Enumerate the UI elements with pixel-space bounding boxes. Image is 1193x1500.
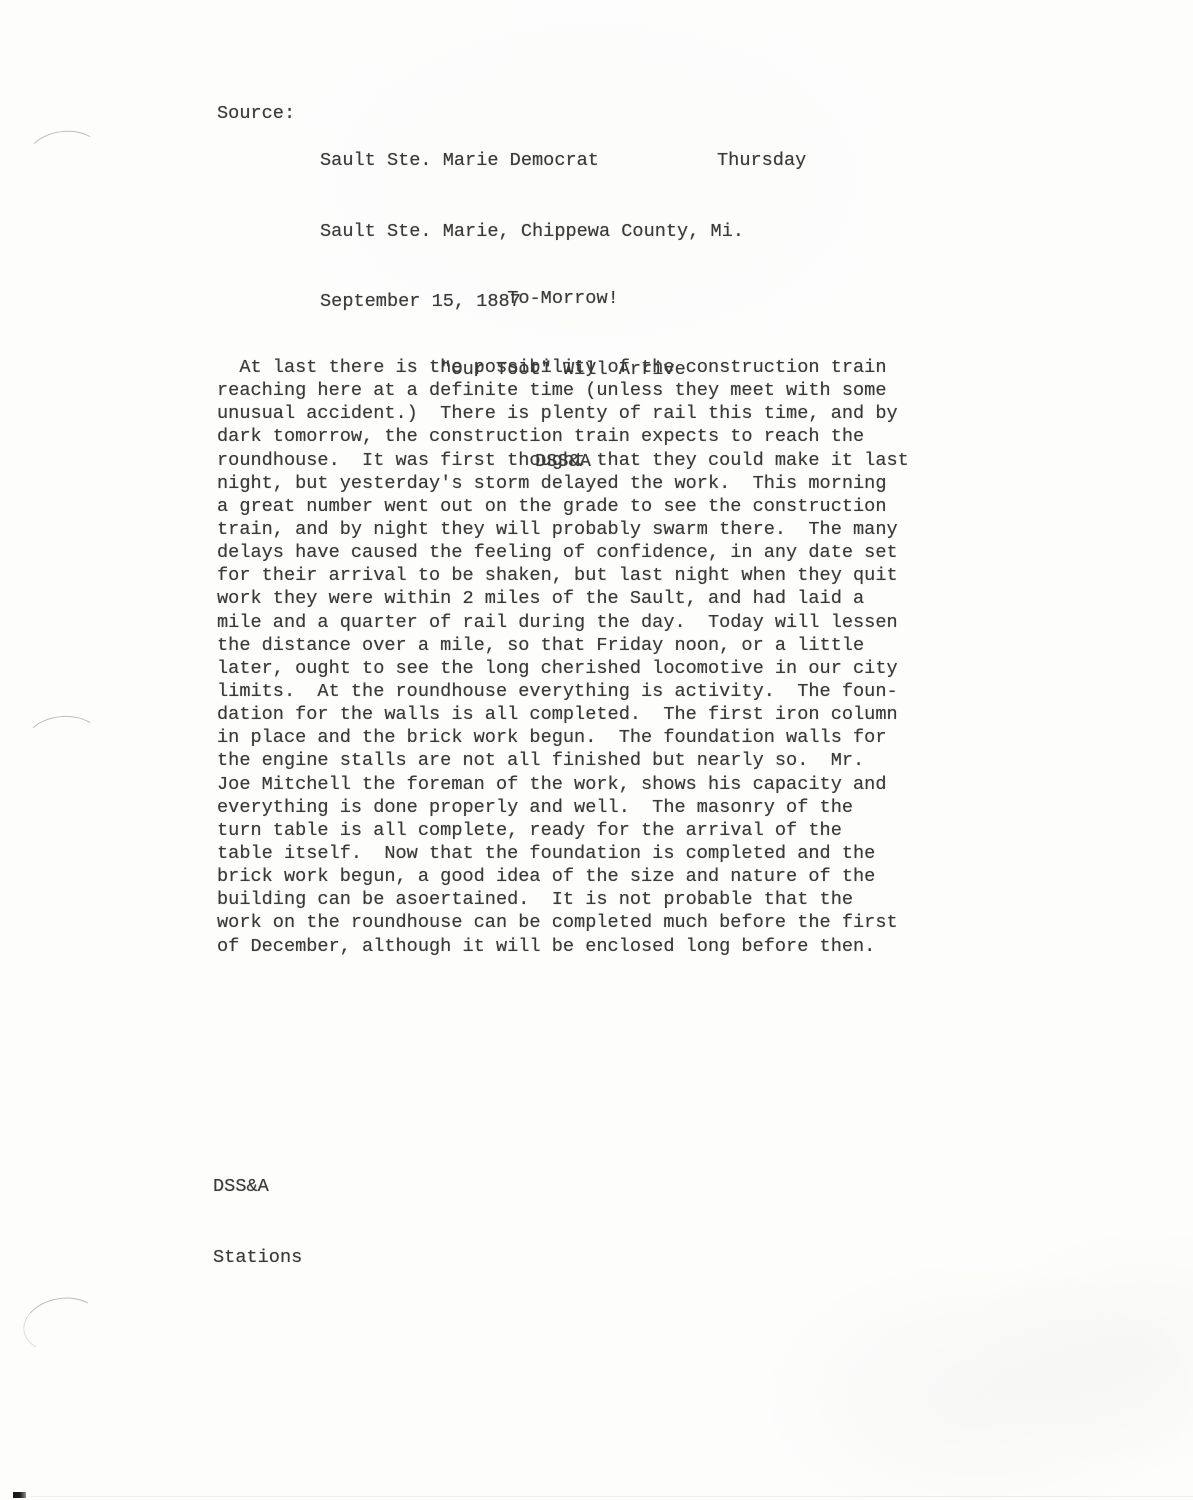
source-day: Thursday xyxy=(717,149,806,173)
article-line: work they were within 2 miles of the Sau… xyxy=(217,587,909,610)
article-line: Joe Mitchell the foreman of the work, sh… xyxy=(217,773,909,796)
punch-arc-bottom-mark xyxy=(19,1292,105,1359)
article-line: building can be asoertained. It is not p… xyxy=(217,888,909,911)
footer-line2: Stations xyxy=(213,1246,302,1270)
article-line: in place and the brick work begun. The f… xyxy=(217,726,909,749)
article-line: reaching here at a definite time (unless… xyxy=(217,379,909,402)
article-line: roundhouse. It was first thought that th… xyxy=(217,449,909,472)
document-scan-page: Source: Sault Ste. Marie Democrat Sault … xyxy=(0,0,1193,1500)
article-line: dark tomorrow, the construction train ex… xyxy=(217,425,909,448)
article-line: for their arrival to be shaken, but last… xyxy=(217,564,909,587)
scan-bottom-edge xyxy=(30,1496,1193,1497)
article-line: dation for the walls is all completed. T… xyxy=(217,703,909,726)
article-line: night, but yesterday's storm delayed the… xyxy=(217,472,909,495)
article-line: unusual accident.) There is plenty of ra… xyxy=(217,402,909,425)
article-line: turn table is all complete, ready for th… xyxy=(217,819,909,842)
source-publication: Sault Ste. Marie Democrat xyxy=(320,149,744,173)
article-line: everything is done properly and well. Th… xyxy=(217,796,909,819)
article-line: of December, although it will be enclose… xyxy=(217,935,909,958)
article-line: mile and a quarter of rail during the da… xyxy=(217,611,909,634)
article-line: the engine stalls are not all finished b… xyxy=(217,749,909,772)
article-line: At last there is the possibility of the … xyxy=(217,356,909,379)
article-line: a great number went out on the grade to … xyxy=(217,495,909,518)
headline-line1: To-Morrow! xyxy=(217,287,909,311)
article-line: brick work begun, a good idea of the siz… xyxy=(217,865,909,888)
footer-block: DSS&A Stations xyxy=(213,1128,302,1316)
article-line: limits. At the roundhouse everything is … xyxy=(217,680,909,703)
article-line: table itself. Now that the foundation is… xyxy=(217,842,909,865)
footer-line1: DSS&A xyxy=(213,1175,302,1199)
article-line: work on the roundhouse can be completed … xyxy=(217,911,909,934)
article-line: delays have caused the feeling of confid… xyxy=(217,541,909,564)
article-line: the distance over a mile, so that Friday… xyxy=(217,634,909,657)
corner-ink-mark xyxy=(13,1492,26,1498)
punch-arc-middle-mark xyxy=(23,713,103,769)
article-body: At last there is the possibility of the … xyxy=(217,356,909,958)
punch-arc-top-mark xyxy=(24,127,103,184)
article-line: later, ought to see the long cherished l… xyxy=(217,657,909,680)
article-line: train, and by night they will probably s… xyxy=(217,518,909,541)
